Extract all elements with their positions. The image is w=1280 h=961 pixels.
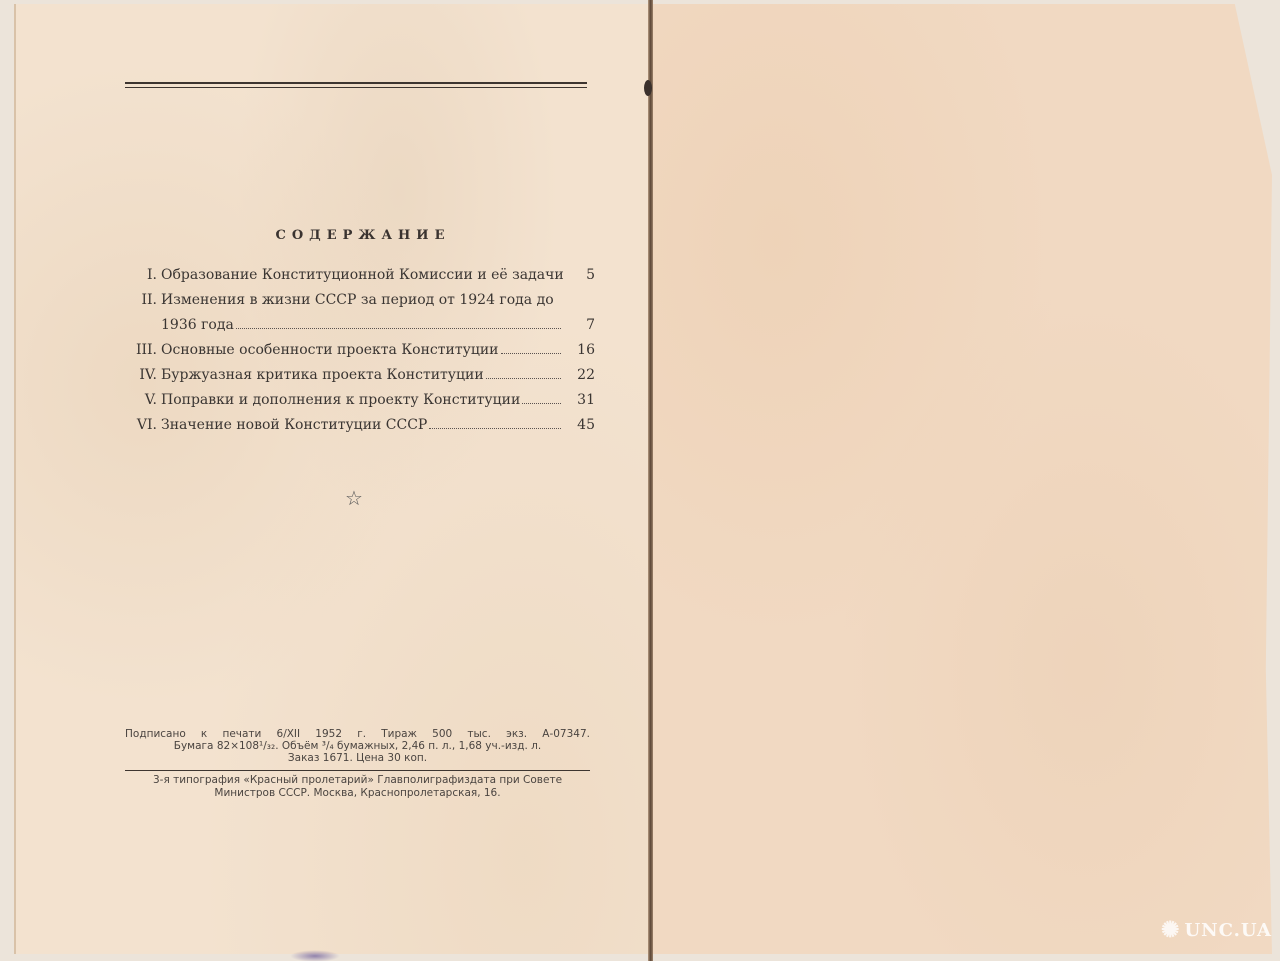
imprint-line: Подписано к печати 6/XII 1952 г. Тираж 5… — [125, 728, 590, 740]
header-double-rule — [125, 82, 587, 88]
leader-dots — [236, 328, 561, 329]
toc-item: II. Изменения в жизни СССР за период от … — [125, 288, 595, 313]
imprint-line: Заказ 1671. Цена 30 коп. — [125, 752, 590, 764]
leader-dots — [486, 378, 561, 379]
toc-item-number: II. — [125, 288, 161, 313]
table-of-contents: I. Образование Конституционной Комиссии … — [125, 263, 595, 438]
watermark-text: UNC.UA — [1184, 920, 1272, 941]
toc-item-title: Изменения в жизни СССР за период от 1924… — [161, 288, 565, 313]
toc-item-number: V. — [125, 388, 161, 413]
toc-item-title: Буржуазная критика проекта Конституции — [161, 363, 565, 388]
imprint-block: Подписано к печати 6/XII 1952 г. Тираж 5… — [125, 728, 590, 764]
toc-item-page: 5 — [565, 263, 595, 288]
toc-item-title: Образование Конституционной Комиссии и е… — [161, 263, 565, 288]
toc-item-title: 1936 года — [161, 313, 565, 338]
printer-line: 3-я типография «Красный пролетарий» Глав… — [125, 774, 590, 787]
toc-item-title: Основные особенности проекта Конституции — [161, 338, 565, 363]
leader-dots — [522, 403, 561, 404]
toc-item-number: III. — [125, 338, 161, 363]
leader-dots — [429, 428, 561, 429]
imprint-rule — [125, 770, 590, 771]
printer-line: Министров СССР. Москва, Краснопролетарск… — [125, 787, 590, 800]
toc-item: IV. Буржуазная критика проекта Конституц… — [125, 363, 595, 388]
book-spread: СОДЕРЖАНИЕ I. Образование Конституционно… — [0, 0, 1280, 961]
toc-item-number: IV. — [125, 363, 161, 388]
imprint-line: Бумага 82×108¹/₃₂. Объём ³/₄ бумажных, 2… — [125, 740, 590, 752]
printer-info: 3-я типография «Красный пролетарий» Глав… — [125, 774, 590, 800]
toc-item-page: 22 — [565, 363, 595, 388]
toc-item-page: 7 — [565, 313, 595, 338]
book-spine — [648, 0, 653, 961]
toc-item: VI. Значение новой Конституции СССР 45 — [125, 413, 595, 438]
toc-item-number: VI. — [125, 413, 161, 438]
toc-item: III. Основные особенности проекта Консти… — [125, 338, 595, 363]
left-page — [14, 4, 652, 954]
toc-item-page: 31 — [565, 388, 595, 413]
toc-item: I. Образование Конституционной Комиссии … — [125, 263, 595, 288]
leader-dots — [501, 353, 562, 354]
spine-hole — [644, 80, 652, 96]
toc-item-title: Поправки и дополнения к проекту Конститу… — [161, 388, 565, 413]
toc-item-number: I. — [125, 263, 161, 288]
toc-item-continuation: 1936 года 7 — [125, 313, 595, 338]
toc-item: V. Поправки и дополнения к проекту Конст… — [125, 388, 595, 413]
toc-item-page: 16 — [565, 338, 595, 363]
watermark: ✺ UNC.UA — [1161, 917, 1272, 943]
star-ornament-icon: ☆ — [345, 486, 363, 510]
sun-icon: ✺ — [1161, 917, 1180, 943]
ink-stamp-mark — [290, 950, 340, 961]
toc-item-page: 45 — [565, 413, 595, 438]
right-page — [652, 4, 1272, 954]
toc-item-title: Значение новой Конституции СССР — [161, 413, 565, 438]
toc-title: СОДЕРЖАНИЕ — [0, 228, 726, 243]
